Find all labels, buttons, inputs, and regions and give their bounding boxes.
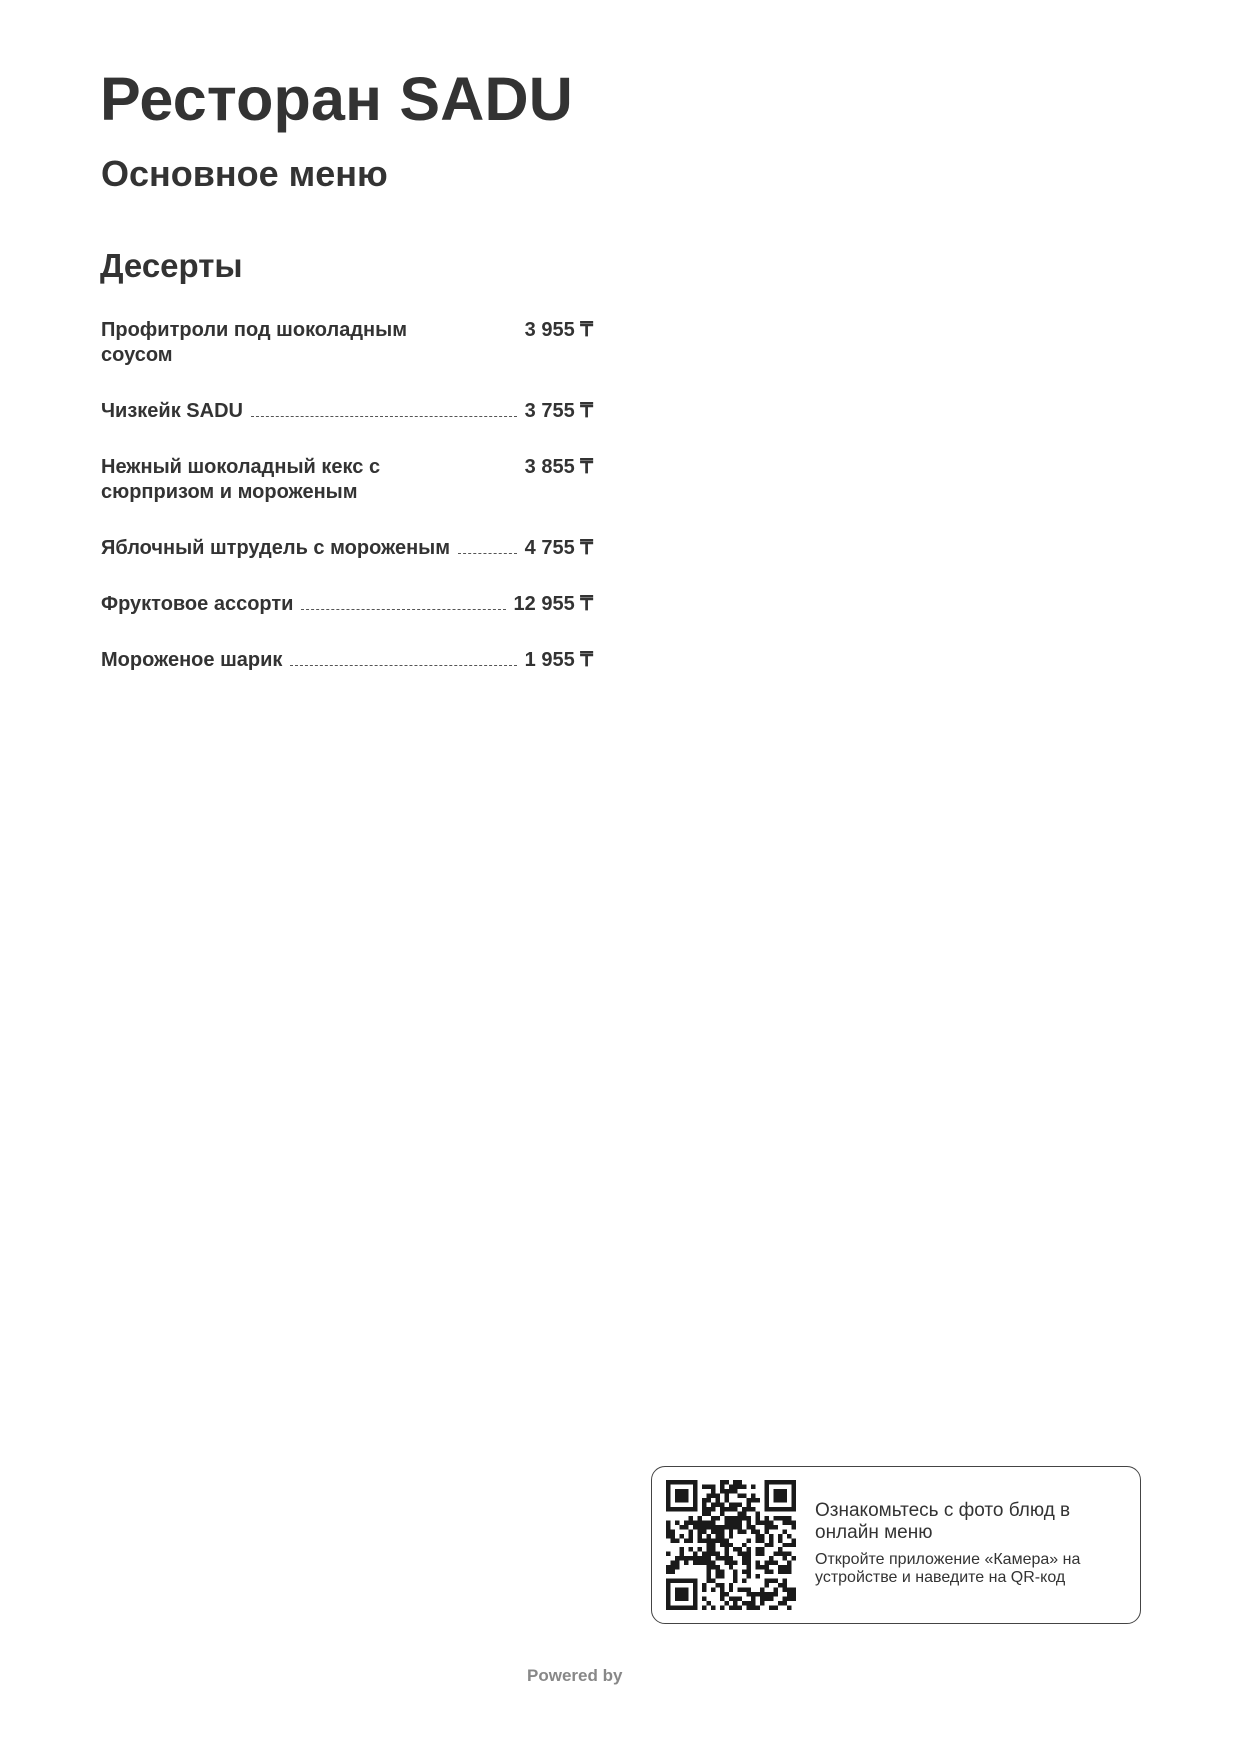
section-title-desserts: Десерты [100,246,243,286]
qr-code-icon[interactable] [666,1480,796,1610]
dotted-leader [458,553,517,554]
menu-item: Яблочный штрудель с мороженым 4 755 ₸ [101,536,593,561]
menu-item: Фруктовое ассорти 12 955 ₸ [101,592,593,617]
dotted-leader [290,665,516,666]
menu-item-name: Мороженое шарик [101,648,282,673]
dotted-leader [449,455,517,456]
dotted-leader [301,609,505,610]
menu-item-name: Чизкейк SADU [101,399,243,424]
qr-menu-card: Ознакомьтесь с фото блюд в онлайн меню О… [651,1466,1141,1624]
menu-item: Нежный шоколадный кекс с сюрпризом и мор… [101,455,593,505]
menu-item-price: 1 955 ₸ [525,648,593,673]
menu-item: Чизкейк SADU 3 755 ₸ [101,399,593,424]
menu-item-price: 3 955 ₸ [525,318,593,343]
menu-item-name: Нежный шоколадный кекс с сюрпризом и мор… [101,455,441,505]
powered-by-label: Powered by [527,1666,622,1686]
menu-item-price: 3 755 ₸ [525,399,593,424]
qr-card-instructions: Откройте приложение «Камера» на устройст… [815,1551,1125,1587]
menu-item-list: Профитроли под шоколадным соусом 3 955 ₸… [101,318,593,704]
menu-item-price: 4 755 ₸ [525,536,593,561]
qr-card-text: Ознакомьтесь с фото блюд в онлайн меню О… [815,1500,1125,1587]
menu-item-name: Яблочный штрудель с мороженым [101,536,450,561]
menu-item-price: 12 955 ₸ [514,592,593,617]
dotted-leader [251,416,517,417]
restaurant-title: Ресторан SADU [100,64,573,134]
menu-item: Профитроли под шоколадным соусом 3 955 ₸ [101,318,593,368]
qr-card-title: Ознакомьтесь с фото блюд в онлайн меню [815,1500,1125,1544]
menu-item-name: Профитроли под шоколадным соусом [101,318,441,368]
menu-subtitle: Основное меню [101,153,388,195]
menu-item: Мороженое шарик 1 955 ₸ [101,648,593,673]
dotted-leader [449,318,517,319]
menu-item-price: 3 855 ₸ [525,455,593,480]
menu-item-name: Фруктовое ассорти [101,592,293,617]
